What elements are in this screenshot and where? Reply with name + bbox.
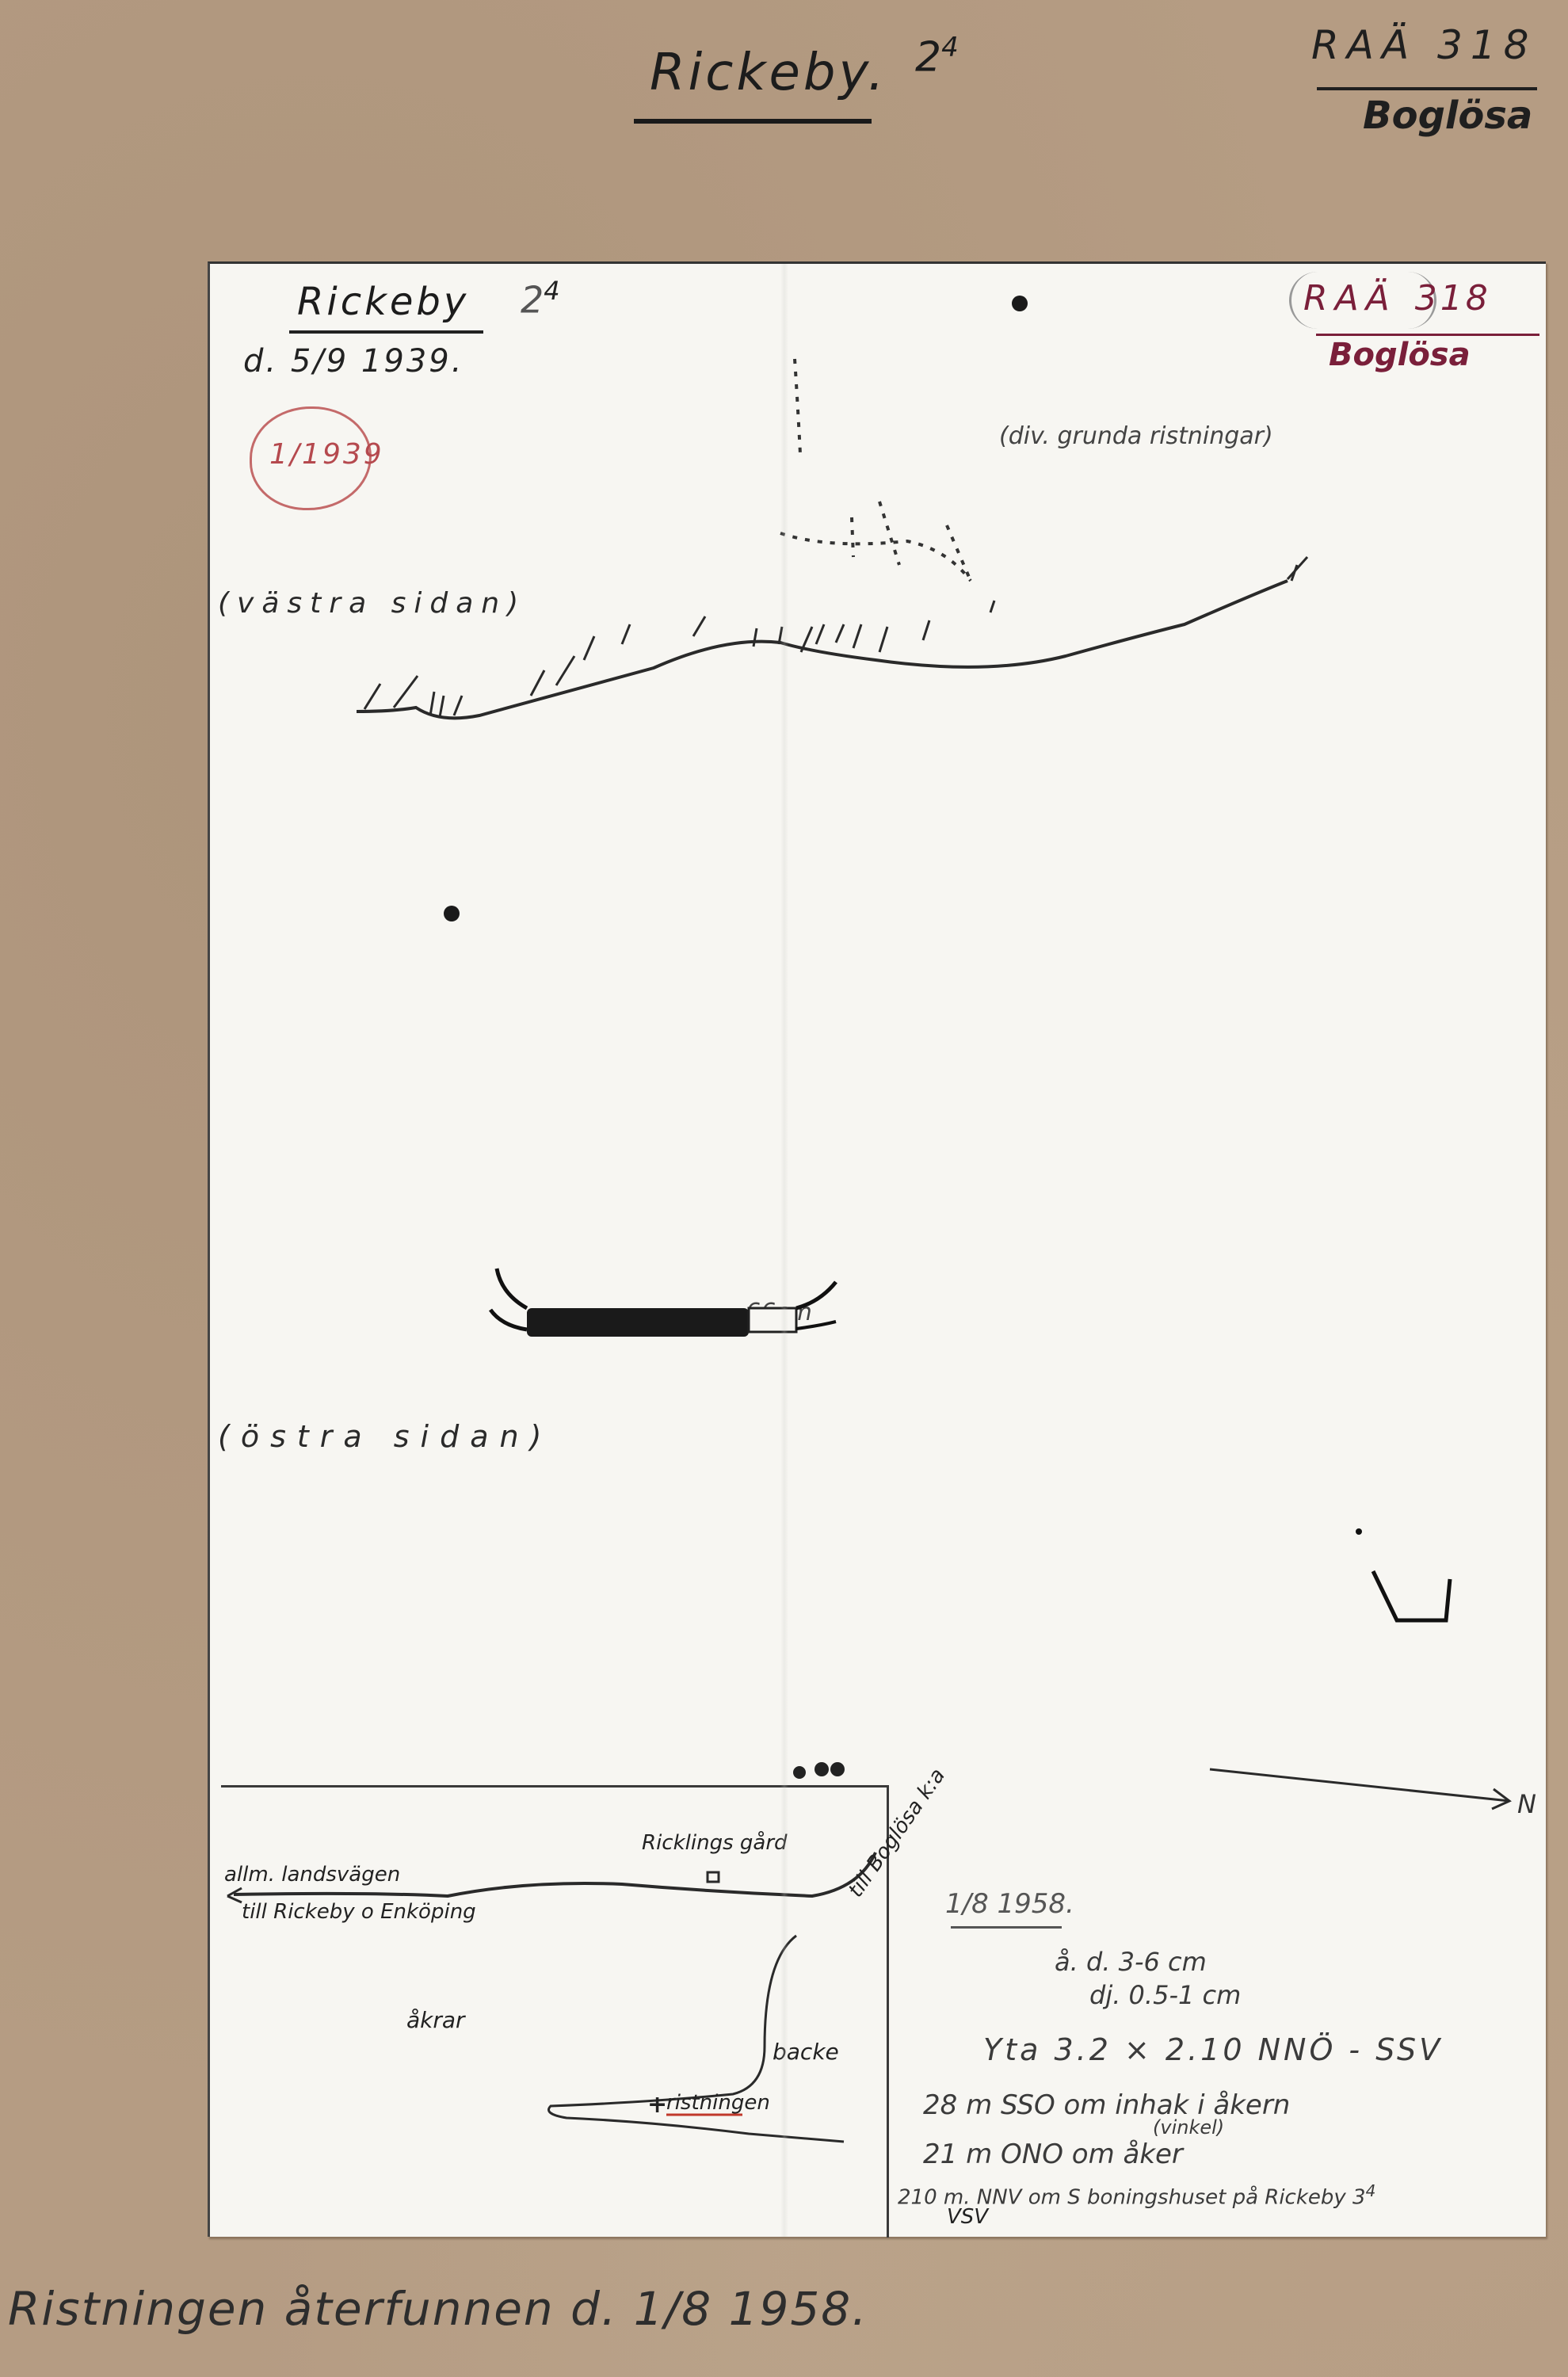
note-surface: Yta 3.2 × 2.10 NNÖ - SSV [983,2032,1443,2067]
north-label: N [1517,1789,1536,1819]
note-direction-correction: VSV [947,2205,988,2229]
revisit-date: 1/8 1958. [945,1888,1074,1920]
card-title: Rickeby. [650,44,887,102]
cup-mark-3 [830,1762,845,1776]
note-distance-1: 28 m SSO om inhak i åkern [923,2089,1290,2121]
map-hill-label: backe [773,2039,839,2065]
map-road-direction: till Rickeby o Enköping [242,1900,476,1924]
cup-mark-2 [815,1762,829,1776]
map-road-label: allm. landsvägen [224,1863,400,1887]
card-parish: Boglösa [1363,93,1532,138]
card-number-main: 2 [915,33,941,81]
card-number: 24 [915,32,959,81]
card-number-superscript: 4 [941,32,959,63]
cup-mark-1 [793,1766,806,1779]
card-raa-label: RAÄ 318 [1311,22,1536,68]
location-map-frame [221,1785,889,2238]
cup-mark-top [1012,296,1028,311]
ship-carving [490,1269,836,1337]
note-distance-3-superscript: 4 [1366,2181,1376,2200]
note-depth-a: å. d. 3-6 cm [1055,1947,1207,1977]
note-distance-2: 21 m ONO om åker [923,2139,1183,2170]
note-distance-1-aside: (vinkel) [1153,2116,1224,2139]
map-fields-label: åkrar [406,2007,465,2033]
card-title-underline [634,119,872,124]
drawing-sheet: Rickeby 24 d. 5/9 1939. RAÄ 318 Boglösa … [208,261,1546,2237]
u-shaped-carving [1373,1571,1450,1620]
card-footer-note: Ristningen återfunnen d. 1/8 1958. [8,2282,868,2336]
card-raa-divider [1317,87,1537,90]
map-site-label: ristningen [666,2091,770,2115]
cup-mark-left [444,906,460,921]
north-arrow-icon [1210,1769,1509,1809]
shallow-carvings-dotted [780,359,971,581]
map-farm-label: Ricklings gård [642,1831,788,1855]
note-depth-b: dj. 0.5-1 cm [1089,1980,1241,2010]
map-site-marker: + [647,2091,667,2119]
revisit-date-underline [951,1926,1062,1929]
west-side-rock-outline [357,557,1307,718]
